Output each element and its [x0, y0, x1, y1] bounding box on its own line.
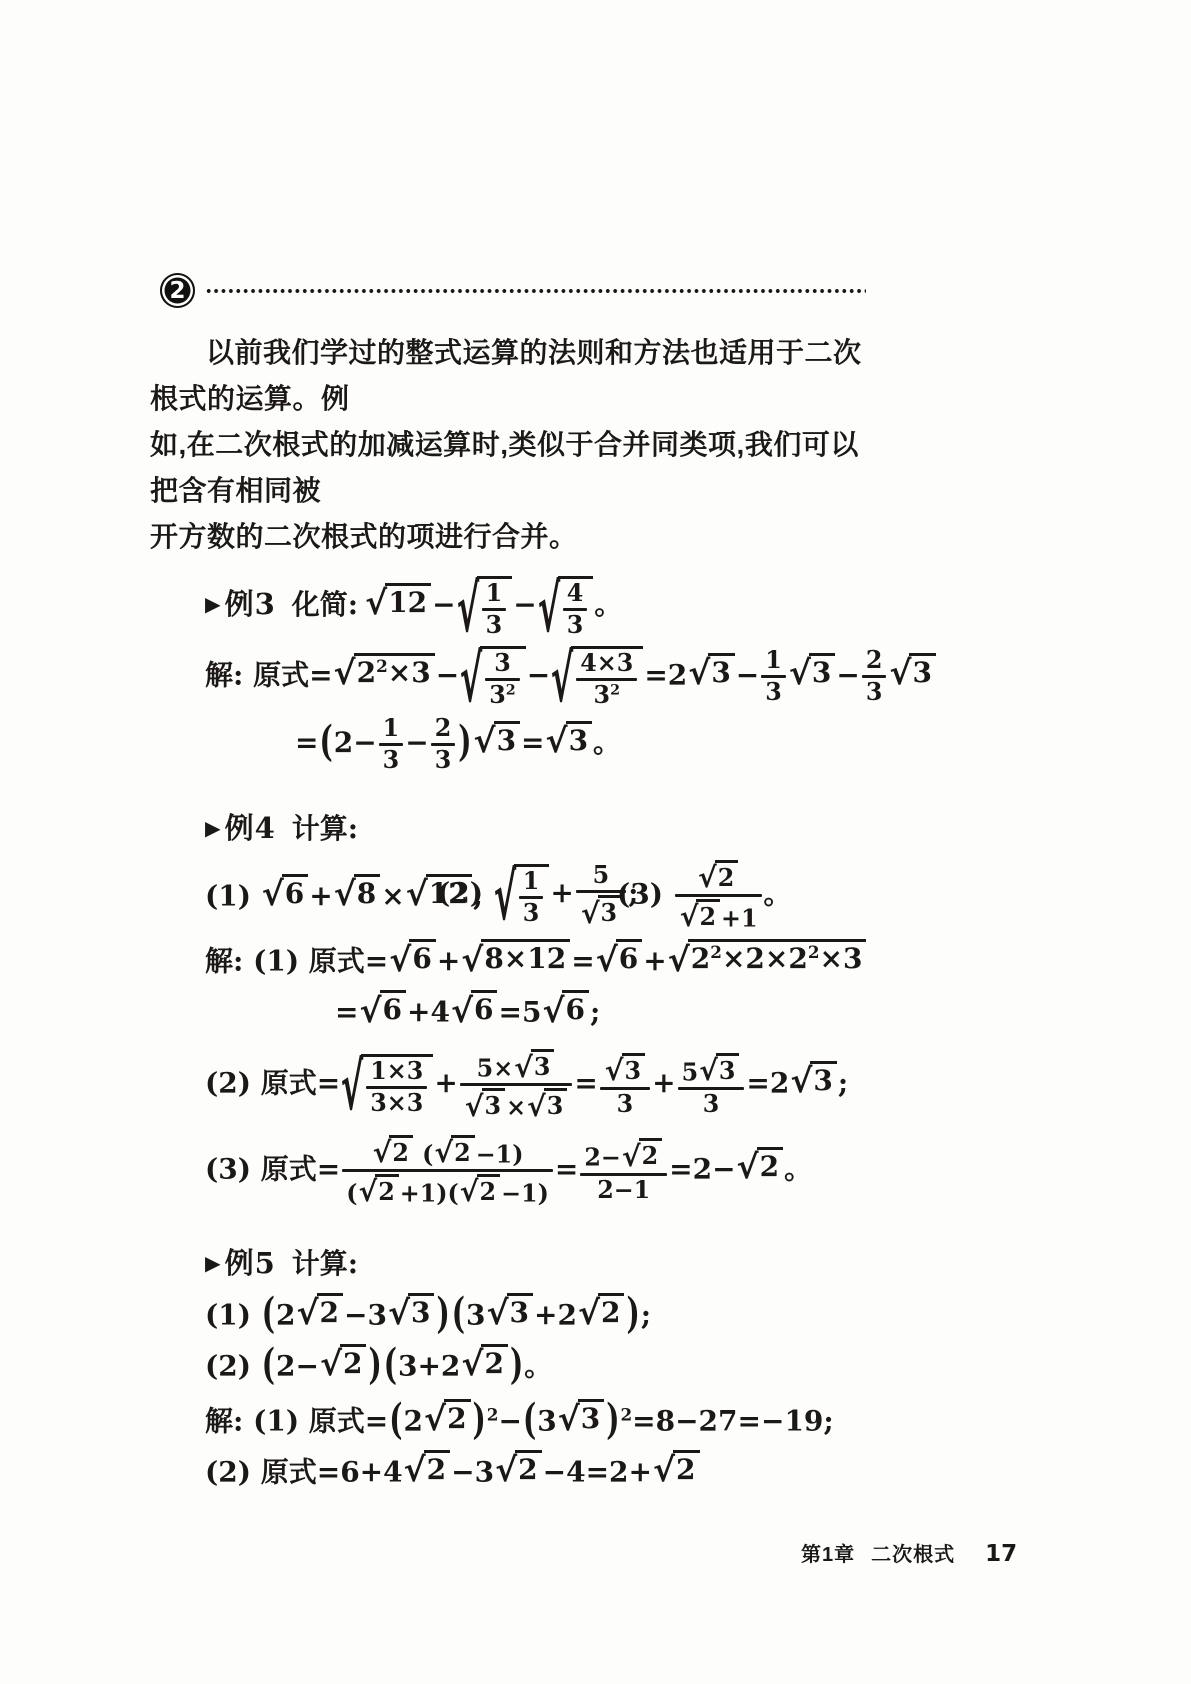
example-4-problems: (1) √6+√8×√12; (2) √13+5√3; (3) √2√2+1。 [205, 860, 1191, 932]
sqrt-radical: √2 [680, 899, 720, 930]
sqrt-radical: √2 [737, 1147, 784, 1183]
fraction: 1×33×3 [366, 1059, 427, 1116]
section-number: 2 [169, 278, 185, 304]
example-5-number: 例5 [225, 1246, 276, 1280]
sqrt-radical: √3 [474, 721, 521, 757]
intro-paragraph: 以前我们学过的整式运算的法则和方法也适用于二次根式的运算。例 如,在二次根式的加… [150, 330, 876, 560]
sqrt-radical: √2 [296, 1293, 343, 1329]
example-5-solution-line-2: (2) 原式=6+4√2−3√2−4=2+√2 [205, 1450, 1191, 1493]
sqrt-radical: √3 [889, 653, 936, 689]
fraction: 23 [862, 648, 887, 705]
fraction: 13 [379, 716, 404, 773]
intro-line-2: 如,在二次根式的加减运算时,类似于合并同类项,我们可以把含有相同被 [150, 422, 876, 514]
sqrt-radical: √2 [320, 1344, 367, 1380]
sqrt-radical: √2 [698, 860, 738, 891]
example-4-solution-line-4: (3) 原式=√2 (√2−1)(√2+1)(√2−1)=2−√22−1=2−√… [205, 1135, 1191, 1207]
sqrt-radical: √332 [460, 646, 526, 708]
fraction: 5×√3√3×√3 [460, 1049, 573, 1121]
example-3-problem: √12−√13−√43。 [364, 588, 622, 621]
sqrt-radical: √3 [605, 1053, 645, 1084]
fraction: 23 [431, 716, 456, 773]
example-4-solution-line-2: =√6+4√6=5√6; [335, 990, 1191, 1033]
example-5-task: 计算: [292, 1247, 358, 1280]
sqrt-radical: √2 [434, 1135, 474, 1166]
sqrt-radical: √22×3 [334, 653, 435, 689]
example-4-solution-line-3: (2) 原式=√1×33×3+5×√3√3×√3=√33+5√33=2√3; [205, 1049, 1191, 1121]
sqrt-radical: √4×332 [551, 646, 643, 708]
sqrt-radical: √6 [542, 990, 589, 1026]
fraction: 332 [485, 651, 520, 708]
sqrt-radical: √6 [389, 939, 436, 975]
example-3-solution-line-1: 解: 原式=√22×3−√332−√4×332=2√3−13√3−23√3 [205, 646, 1191, 708]
example-4: ▶例4计算: (1) √6+√8×√12; (2) √13+5√3; (3) √… [205, 807, 1191, 1207]
triangle-bullet-icon: ▶ [205, 1251, 222, 1275]
footer-chapter: 第1章 [801, 1538, 855, 1567]
example-4-label: ▶例4 [205, 811, 276, 845]
example-4-solution-line-1: 解: (1) 原式=√6+√8×12=√6+√22×2×22×3 [205, 939, 1191, 982]
fraction: 13 [519, 869, 544, 926]
sqrt-radical: √3 [486, 1293, 533, 1329]
fraction: √33 [600, 1053, 650, 1117]
fraction: 43 [563, 581, 588, 638]
intro-line-3: 开方数的二次根式的项进行合并。 [150, 514, 876, 560]
triangle-bullet-icon: ▶ [205, 816, 222, 840]
example-3-header: ▶例3化简:√12−√13−√43。 [205, 576, 1191, 638]
sqrt-radical: √8×12 [461, 939, 570, 975]
sqrt-radical: √3 [465, 1088, 505, 1119]
fraction: 4×332 [576, 651, 637, 708]
fraction: 13 [761, 648, 786, 705]
sqrt-radical: √6 [596, 939, 643, 975]
sqrt-radical: √13 [494, 864, 550, 926]
example-4-problem-3: (3) √2√2+1。 [617, 860, 792, 932]
sqrt-radical: √3 [699, 1053, 739, 1084]
example-4-problem-2: (2) √13+5√3; [437, 863, 617, 927]
sqrt-radical: √1×33×3 [341, 1054, 433, 1116]
example-5-problem-2: (2) (2−√2)(3+2√2)。 [205, 1344, 1191, 1387]
sqrt-radical: √2 [358, 1174, 398, 1205]
fraction: 5√33 [678, 1053, 745, 1117]
example-3-solution-line-2: =(2−13−23)√3=√3。 [295, 716, 1191, 773]
sqrt-radical: √2 [578, 1293, 625, 1329]
sqrt-radical: √3 [581, 895, 621, 926]
example-3-task: 化简: [292, 588, 358, 621]
sqrt-radical: √3 [558, 1399, 605, 1435]
footer-page-number: 17 [985, 1541, 1017, 1567]
example-4-number: 例4 [225, 811, 276, 845]
sqrt-radical: √22×2×22×3 [668, 939, 867, 975]
sqrt-radical: √6 [451, 990, 498, 1026]
sqrt-radical: √2 [653, 1450, 700, 1486]
page-footer: 第1章 二次根式 17 [801, 1538, 1017, 1567]
section-divider: 2 [160, 273, 866, 308]
section-number-badge: 2 [160, 273, 195, 308]
example-3-label: ▶例3 [205, 587, 276, 621]
sqrt-radical: √3 [546, 721, 593, 757]
sqrt-radical: √2 [461, 1344, 508, 1380]
footer-book-title: 二次根式 [871, 1538, 955, 1567]
sqrt-radical: √12 [365, 583, 431, 619]
sqrt-radical: √2 [495, 1450, 542, 1486]
example-5-label: ▶例5 [205, 1246, 276, 1280]
sqrt-radical: √2 [404, 1450, 451, 1486]
sqrt-radical: √8 [334, 874, 381, 910]
sqrt-radical: √2 [460, 1174, 500, 1205]
sqrt-radical: √6 [262, 874, 309, 910]
example-3: ▶例3化简:√12−√13−√43。 解: 原式=√22×3−√332−√4×3… [205, 576, 1191, 773]
example-4-header: ▶例4计算: [205, 807, 1191, 850]
fraction: 13 [482, 581, 507, 638]
example-5-header: ▶例5计算: [205, 1242, 1191, 1285]
fraction: 2−√22−1 [580, 1138, 667, 1202]
sqrt-radical: √2 [622, 1138, 662, 1169]
sqrt-radical: √3 [790, 1061, 837, 1097]
sqrt-radical: √6 [359, 990, 406, 1026]
sqrt-radical: √3 [789, 653, 836, 689]
example-4-problem-1: (1) √6+√8×√12; [205, 874, 437, 917]
textbook-page: 2 以前我们学过的整式运算的法则和方法也适用于二次根式的运算。例 如,在二次根式… [0, 0, 1191, 1684]
example-5-solution-line-1: 解: (1) 原式=(2√2)2−(3√3)2=8−27=−19; [205, 1399, 1191, 1442]
intro-line-1: 以前我们学过的整式运算的法则和方法也适用于二次根式的运算。例 [150, 330, 876, 422]
sqrt-radical: √3 [527, 1088, 567, 1119]
fraction: √2√2+1 [675, 860, 762, 932]
sqrt-radical: √3 [688, 653, 735, 689]
example-3-number: 例3 [225, 587, 276, 621]
sqrt-radical: √2 [373, 1135, 413, 1166]
example-4-task: 计算: [292, 812, 358, 845]
sqrt-radical: √3 [514, 1049, 554, 1080]
sqrt-radical: √2 [424, 1399, 471, 1435]
sqrt-radical: √3 [388, 1293, 435, 1329]
triangle-bullet-icon: ▶ [205, 592, 222, 616]
fraction: √2 (√2−1)(√2+1)(√2−1) [342, 1135, 553, 1207]
example-5-problem-1: (1) (2√2−3√3)(3√3+2√2); [205, 1293, 1191, 1336]
sqrt-radical: √43 [538, 576, 594, 638]
example-5: ▶例5计算: (1) (2√2−3√3)(3√3+2√2); (2) (2−√2… [205, 1242, 1191, 1493]
dotted-rule [205, 288, 866, 294]
sqrt-radical: √13 [457, 576, 513, 638]
